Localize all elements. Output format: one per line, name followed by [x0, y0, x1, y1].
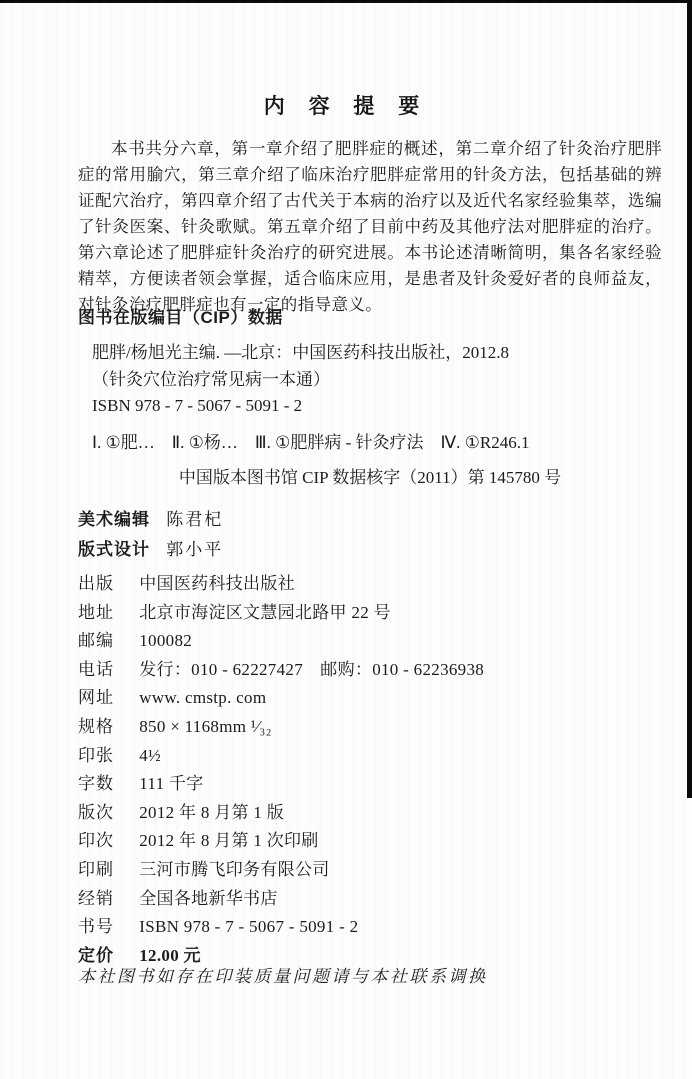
credit-value: 陈君杞: [166, 510, 223, 529]
colophon-value: 北京市海淀区文慧园北路甲 22 号: [139, 603, 391, 622]
cip-heading: 图书在版编目（CIP）数据: [78, 303, 283, 328]
colophon-label: 印刷: [78, 856, 135, 885]
colophon-row-distributor: 经销 全国各地新华书店: [78, 885, 662, 914]
credit-value: 郭小平: [166, 540, 223, 559]
colophon-value: 全国各地新华书店: [139, 889, 277, 908]
colophon-row-postcode: 邮编 100082: [78, 627, 662, 656]
credit-row-layout-designer: 版式设计 郭小平: [78, 535, 662, 565]
colophon-row-website: 网址 www. cmstp. com: [78, 684, 662, 713]
colophon-label: 印张: [78, 742, 135, 771]
colophon-value: 100082: [139, 631, 192, 650]
cip-title-statement: 肥胖/杨旭光主编. —北京：中国医药科技出版社，2012.8: [92, 340, 652, 367]
credits-section: 美术编辑 陈君杞 版式设计 郭小平: [78, 505, 662, 565]
colophon-label: 地址: [78, 599, 135, 628]
colophon-value: 发行：010 - 62227427 邮购：010 - 62236938: [139, 660, 484, 679]
colophon-value: 2012 年 8 月第 1 版: [139, 803, 284, 822]
quality-exchange-note: 本社图书如存在印装质量问题请与本社联系调换: [78, 962, 662, 987]
colophon-value: 4½: [139, 746, 161, 765]
book-copyright-page: 内 容 提 要 本书共分六章，第一章介绍了肥胖症的概述，第二章介绍了针灸治疗肥胖…: [0, 0, 692, 1079]
content-abstract: 本书共分六章，第一章介绍了肥胖症的概述，第二章介绍了针灸治疗肥胖症的常用腧穴，第…: [78, 136, 662, 318]
cip-block: 肥胖/杨旭光主编. —北京：中国医药科技出版社，2012.8 （针灸穴位治疗常见…: [92, 340, 652, 420]
colophon-row-address: 地址 北京市海淀区文慧园北路甲 22 号: [78, 599, 662, 628]
colophon-value: 850 × 1168mm ¹⁄₃₂: [139, 717, 272, 736]
colophon-label: 出版: [78, 570, 135, 599]
colophon-value: 111 千字: [139, 774, 203, 793]
colophon-label: 经销: [78, 885, 135, 914]
cip-record-number: 中国版本图书馆 CIP 数据核字（2011）第 145780 号: [78, 463, 662, 488]
colophon-label: 电话: [78, 656, 135, 685]
colophon-value: ISBN 978 - 7 - 5067 - 5091 - 2: [139, 917, 358, 936]
colophon-label: 网址: [78, 684, 135, 713]
colophon-row-wordcount: 字数 111 千字: [78, 770, 662, 799]
colophon-row-printer: 印刷 三河市腾飞印务有限公司: [78, 856, 662, 885]
cip-series-statement: （针灸穴位治疗常见病一本通）: [92, 367, 652, 394]
credit-row-art-editor: 美术编辑 陈君杞: [78, 505, 662, 535]
page-title: 内 容 提 要: [0, 90, 692, 120]
colophon-row-format: 规格 850 × 1168mm ¹⁄₃₂: [78, 713, 662, 742]
scan-edge-top: [0, 0, 692, 3]
colophon-label: 字数: [78, 770, 135, 799]
colophon-label: 版次: [78, 799, 135, 828]
colophon-row-edition: 版次 2012 年 8 月第 1 版: [78, 799, 662, 828]
colophon-row-printing: 印次 2012 年 8 月第 1 次印刷: [78, 827, 662, 856]
colophon-row-phone: 电话 发行：010 - 62227427 邮购：010 - 62236938: [78, 656, 662, 685]
cip-isbn: ISBN 978 - 7 - 5067 - 5091 - 2: [92, 393, 652, 420]
colophon-value: 中国医药科技出版社: [139, 574, 295, 593]
colophon-label: 规格: [78, 713, 135, 742]
cip-classification: Ⅰ. ①肥… Ⅱ. ①杨… Ⅲ. ①肥胖病 - 针灸疗法 Ⅳ. ①R246.1: [92, 428, 652, 453]
colophon-label: 书号: [78, 913, 135, 942]
colophon-row-sheets: 印张 4½: [78, 742, 662, 771]
colophon-value: 2012 年 8 月第 1 次印刷: [139, 831, 318, 850]
colophon-value: www. cmstp. com: [139, 688, 266, 707]
credit-label: 版式设计: [78, 535, 150, 565]
colophon-row-isbn: 书号 ISBN 978 - 7 - 5067 - 5091 - 2: [78, 913, 662, 942]
colophon-section: 出版 中国医药科技出版社 地址 北京市海淀区文慧园北路甲 22 号 邮编 100…: [78, 570, 662, 970]
colophon-row-publisher: 出版 中国医药科技出版社: [78, 570, 662, 599]
colophon-label: 印次: [78, 827, 135, 856]
colophon-label: 邮编: [78, 627, 135, 656]
credit-label: 美术编辑: [78, 505, 150, 535]
colophon-value: 三河市腾飞印务有限公司: [139, 860, 329, 879]
